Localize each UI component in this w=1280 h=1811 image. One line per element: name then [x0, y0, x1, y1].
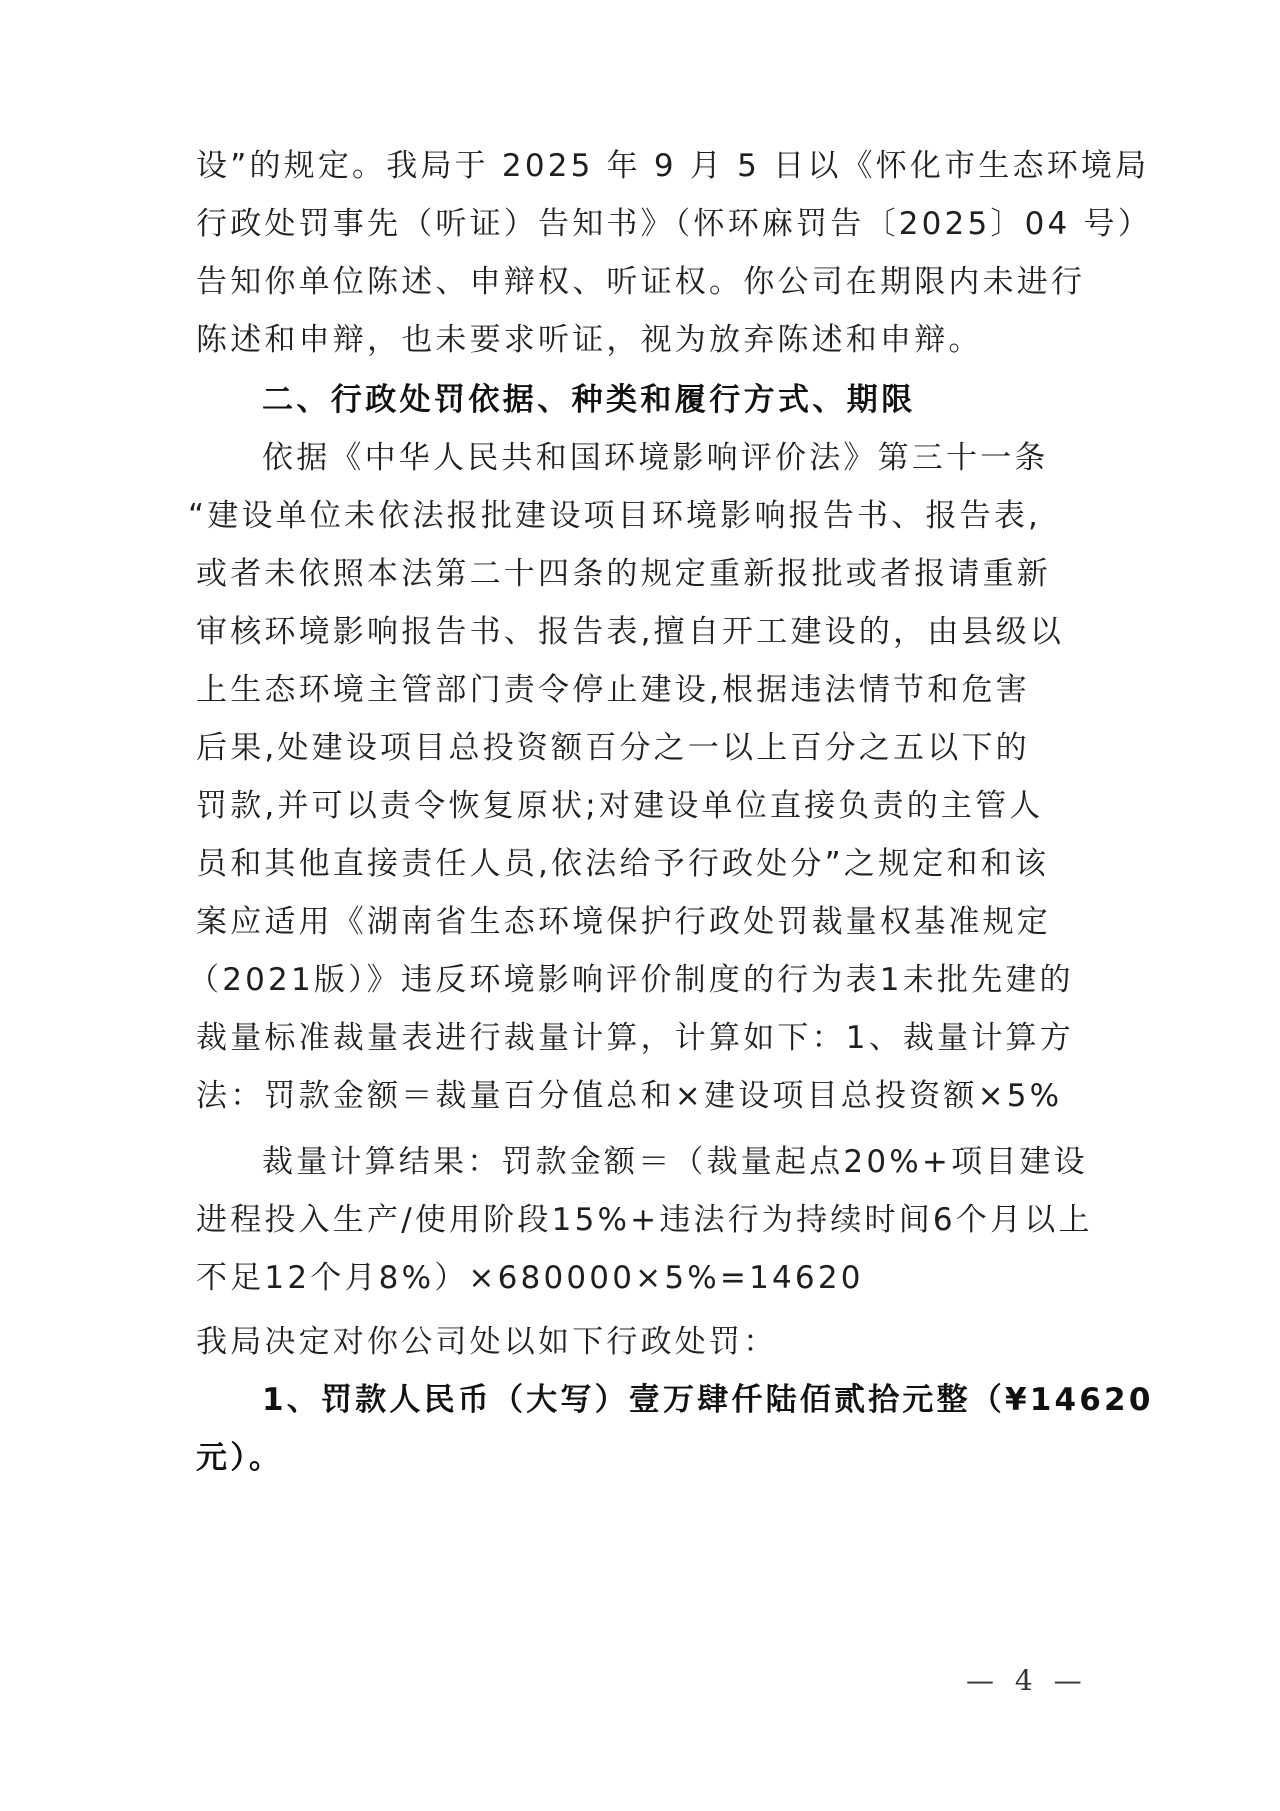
- basis-line: 审核环境影响报告书、报告表,擅自开工建设的，由县级以: [196, 612, 1064, 652]
- basis-line: （2021版）》违反环境影响评价制度的行为表1未批先建的: [188, 960, 1074, 1000]
- result-line: 裁量计算结果：罚款金额＝（裁量起点20%+项目建设: [262, 1142, 1088, 1182]
- basis-line: 案应适用《湖南省生态环境保护行政处罚裁量权基准规定: [196, 902, 1051, 942]
- result-line: 不足12个月8%）×680000×5%=14620: [196, 1258, 864, 1298]
- basis-line: 上生态环境主管部门责令停止建设,根据违法情节和危害: [196, 670, 1030, 710]
- result-line: 进程投入生产/使用阶段15%+违法行为持续时间6个月以上: [196, 1200, 1093, 1240]
- basis-line: 罚款,并可以责令恢复原状;对建设单位直接负责的主管人: [196, 786, 1044, 826]
- paragraph-line: 陈述和申辩，也未要求听证，视为放弃陈述和申辩。: [196, 320, 983, 360]
- basis-line: “建设单位未依法报批建设项目环境影响报告书、报告表,: [188, 496, 1041, 536]
- section-heading: 二、行政处罚依据、种类和履行方式、期限: [262, 380, 916, 420]
- formula-line: 法：罚款金额＝裁量百分值总和×建设项目总投资额×5%: [196, 1076, 1062, 1116]
- penalty-line: 1、罚款人民币（大写）壹万肆仟陆佰贰拾元整（¥14620: [262, 1380, 1154, 1420]
- basis-line: 裁量标准裁量表进行裁量计算，计算如下：1、裁量计算方: [196, 1018, 1074, 1058]
- basis-line: 后果,处建设项目总投资额百分之一以上百分之五以下的: [196, 728, 1030, 768]
- page-number: — 4 —: [966, 1663, 1088, 1699]
- document-page: 设”的规定。我局于 2025 年 9 月 5 日以《怀化市生态环境局 行政处罚事…: [0, 0, 1280, 1811]
- paragraph-line: 行政处罚事先（听证）告知书》（怀环麻罚告〔2025〕04 号）: [196, 204, 1152, 244]
- paragraph-line: 设”的规定。我局于 2025 年 9 月 5 日以《怀化市生态环境局: [196, 146, 1149, 186]
- decision-line: 我局决定对你公司处以如下行政处罚：: [196, 1322, 777, 1362]
- paragraph-line: 告知你单位陈述、申辩权、听证权。你公司在期限内未进行: [196, 262, 1085, 302]
- penalty-line: 元）。: [196, 1438, 283, 1478]
- basis-line: 员和其他直接责任人员,依法给予行政处分”之规定和和该: [196, 844, 1049, 884]
- basis-line: 依据《中华人民共和国环境影响评价法》第三十一条: [262, 438, 1049, 478]
- basis-line: 或者未依照本法第二十四条的规定重新报批或者报请重新: [196, 554, 1051, 594]
